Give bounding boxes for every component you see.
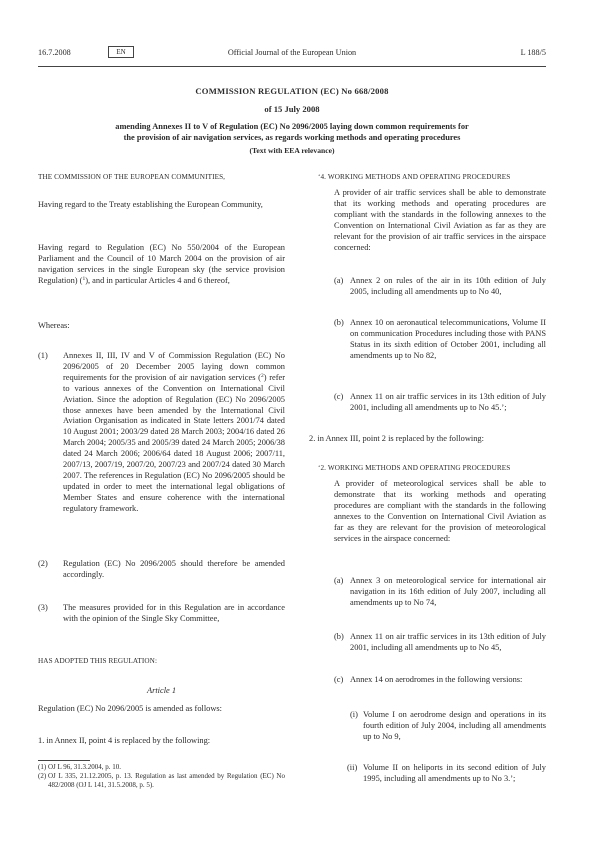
citation-treaty-text: Having regard to the Treaty establishing… xyxy=(38,200,285,211)
section-2-body: A provider of meteorological services sh… xyxy=(334,479,546,544)
footnote-marker: (1) xyxy=(38,763,46,772)
eea-relevance: (Text with EEA relevance) xyxy=(38,146,546,155)
citation-treaty: Having regard to the Treaty establishing… xyxy=(38,200,285,211)
item-label: (a) xyxy=(334,276,343,287)
item-text: Annex 11 on air traffic services in its … xyxy=(350,632,546,654)
recital-1: (1) Annexes II, III, IV and V of Commiss… xyxy=(38,351,285,541)
section-4-item-c: (c) Annex 11 on air traffic services in … xyxy=(334,392,546,416)
regulation-title: COMMISSION REGULATION (EC) No 668/2008 xyxy=(38,86,546,96)
recital-number: (2) xyxy=(38,559,48,570)
section-2-subitem-ii: (ii) Volume II on heliports in its secon… xyxy=(347,763,546,797)
whereas-text: Whereas: xyxy=(38,321,285,332)
footnote-divider xyxy=(38,760,90,761)
item-label: (b) xyxy=(334,318,344,329)
commission-text: THE COMMISSION OF THE EUROPEAN COMMUNITI… xyxy=(38,172,285,183)
recital-number: (3) xyxy=(38,603,48,614)
article-intro: Regulation (EC) No 2096/2005 is amended … xyxy=(38,704,285,715)
amendment-point-2: 2. in Annex III, point 2 is replaced by … xyxy=(309,434,546,445)
item-text: Volume I on aerodrome design and operati… xyxy=(363,710,546,743)
section-2-heading: ‘2. WORKING METHODS AND OPERATING PROCED… xyxy=(318,463,546,474)
amendment-point-2-text: 2. in Annex III, point 2 is replaced by … xyxy=(309,434,546,445)
section-2-item-a: (a) Annex 3 on meteorological service fo… xyxy=(334,576,546,610)
citation-regulation: Having regard to Regulation (EC) No 550/… xyxy=(38,243,285,287)
journal-title: Official Journal of the European Union xyxy=(38,48,546,57)
section-2-item-b: (b) Annex 11 on air traffic services in … xyxy=(334,632,546,656)
item-text: Annex 11 on air traffic services in its … xyxy=(350,392,546,414)
amendment-point-1-text: 1. in Annex II, point 4 is replaced by t… xyxy=(38,736,285,747)
section-2-body-text: A provider of meteorological services sh… xyxy=(334,479,546,544)
section-4-heading: ‘4. WORKING METHODS AND OPERATING PROCED… xyxy=(318,172,552,183)
recital-text-part: Annexes II, III, IV and V of Commission … xyxy=(63,351,285,382)
recital-2: (2) Regulation (EC) No 2096/2005 should … xyxy=(38,559,285,583)
section-4-item-a: (a) Annex 2 on rules of the air in its 1… xyxy=(334,276,546,300)
recital-3: (3) The measures provided for in this Re… xyxy=(38,603,285,637)
item-label: (a) xyxy=(334,576,343,587)
document-page: 16.7.2008 EN Official Journal of the Eur… xyxy=(0,0,595,842)
recital-number: (1) xyxy=(38,351,48,362)
header-divider xyxy=(38,66,546,67)
footnote-text: OJ L 96, 31.3.2004, p. 10. xyxy=(48,763,285,772)
citation-text-part: ), and in particular Articles 4 and 6 th… xyxy=(85,276,230,285)
commission-line: THE COMMISSION OF THE EUROPEAN COMMUNITI… xyxy=(38,172,285,183)
page-reference: L 188/5 xyxy=(521,48,546,57)
section-4-body: A provider of air traffic services shall… xyxy=(334,188,546,253)
footnote-marker: (2) xyxy=(38,772,46,781)
section-2-item-c: (c) Annex 14 on aerodromes in the follow… xyxy=(334,675,546,689)
recital-text: Regulation (EC) No 2096/2005 should ther… xyxy=(63,559,285,581)
regulation-date: of 15 July 2008 xyxy=(38,104,546,114)
amendment-point-1: 1. in Annex II, point 4 is replaced by t… xyxy=(38,736,285,747)
item-label: (c) xyxy=(334,675,343,686)
item-label: (ii) xyxy=(347,763,357,774)
footnote-text: OJ L 335, 21.12.2005, p. 13. Regulation … xyxy=(48,772,285,790)
recital-text: The measures provided for in this Regula… xyxy=(63,603,285,625)
section-4-body-text: A provider of air traffic services shall… xyxy=(334,188,546,253)
article-heading: Article 1 xyxy=(38,686,285,697)
item-text: Annex 2 on rules of the air in its 10th … xyxy=(350,276,546,298)
footnote-2: (2) OJ L 335, 21.12.2005, p. 13. Regulat… xyxy=(38,772,285,792)
adoption-formula: HAS ADOPTED THIS REGULATION: xyxy=(38,656,285,667)
subject-line-1: amending Annexes II to V of Regulation (… xyxy=(38,121,546,132)
article-intro-text: Regulation (EC) No 2096/2005 is amended … xyxy=(38,704,285,715)
recital-text: Annexes II, III, IV and V of Commission … xyxy=(63,351,285,515)
recital-text-part: ) refer to various annexes of the Conven… xyxy=(63,373,285,513)
item-label: (c) xyxy=(334,392,343,403)
whereas-heading: Whereas: xyxy=(38,321,285,332)
item-text: Annex 10 on aeronautical telecommunicati… xyxy=(350,318,546,362)
citation-regulation-text: Having regard to Regulation (EC) No 550/… xyxy=(38,243,285,287)
item-text: Annex 14 on aerodromes in the following … xyxy=(350,675,546,686)
section-4-item-b: (b) Annex 10 on aeronautical telecommuni… xyxy=(334,318,546,374)
item-text: Volume II on heliports in its second edi… xyxy=(363,763,546,785)
adoption-text: HAS ADOPTED THIS REGULATION: xyxy=(38,656,285,667)
item-text: Annex 3 on meteorological service for in… xyxy=(350,576,546,609)
item-label: (b) xyxy=(334,632,344,643)
subject-line-2: the provision of air navigation services… xyxy=(38,132,546,143)
regulation-subject: amending Annexes II to V of Regulation (… xyxy=(38,121,546,143)
section-2-subitem-i: (i) Volume I on aerodrome design and ope… xyxy=(350,710,546,744)
page-header: 16.7.2008 EN Official Journal of the Eur… xyxy=(38,44,546,64)
item-label: (i) xyxy=(350,710,358,721)
